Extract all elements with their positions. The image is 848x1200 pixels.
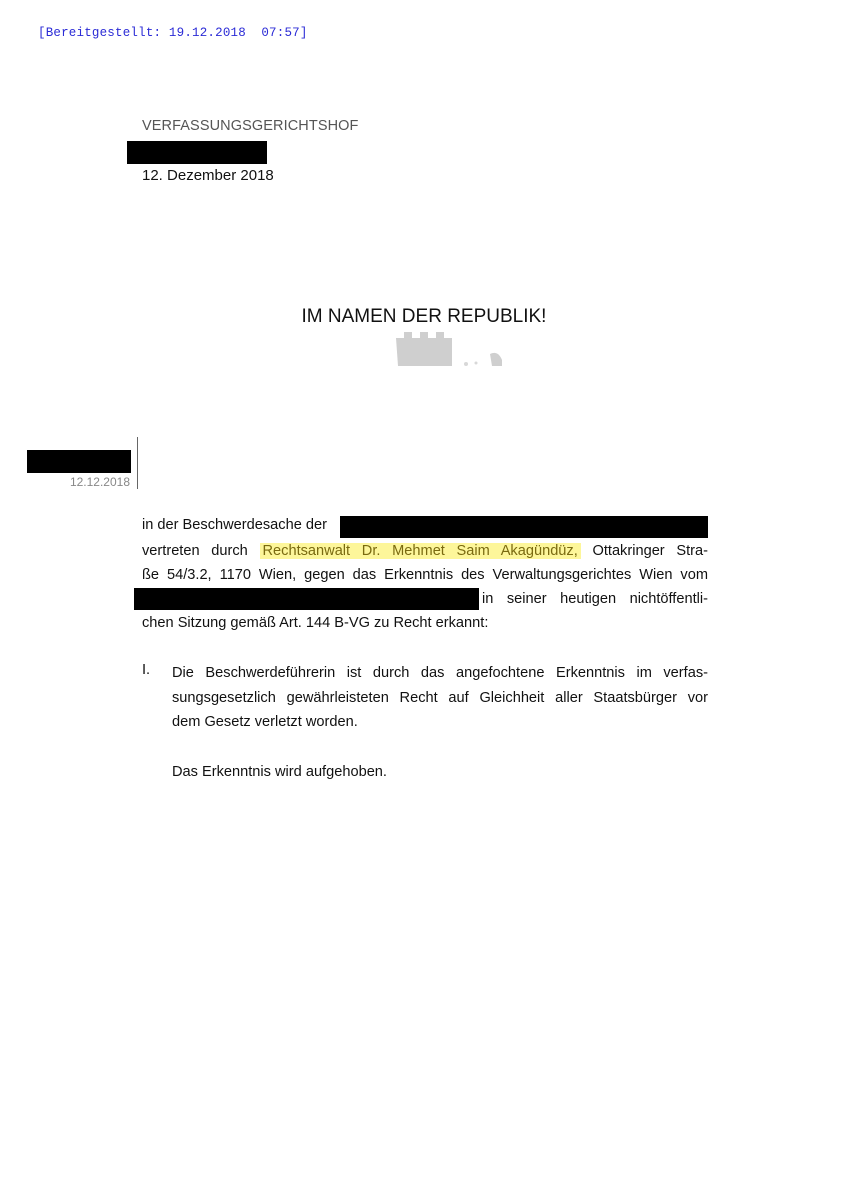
intro-line-3: ße 54/3.2, 1170 Wien, gegen das Erkenntn… xyxy=(142,563,708,587)
page-title: IM NAMEN DER REPUBLIK! xyxy=(0,306,848,328)
redaction-decision-reference xyxy=(134,588,479,610)
ruling-line: Die Beschwerdeführerin ist durch das ang… xyxy=(172,661,708,686)
ruling-line: dem Gesetz verletzt worden. xyxy=(172,710,708,735)
ruling-line: sungsgesetzlich gewährleisteten Recht au… xyxy=(172,686,708,711)
margin-date: 12.12.2018 xyxy=(30,475,130,489)
intro-line-4: in seiner heutigen nichtöffentli- xyxy=(482,587,708,611)
ruling-conclusion: Das Erkenntnis wird aufgehoben. xyxy=(172,760,708,785)
redaction-case-number xyxy=(127,141,267,164)
intro-text: vertreten durch xyxy=(142,543,248,559)
margin-divider xyxy=(137,437,138,489)
intro-text: Ottakringer Stra- xyxy=(592,543,708,559)
ruling-number: I. xyxy=(142,662,150,678)
redaction-party-name xyxy=(340,516,708,538)
ruling-text: Die Beschwerdeführerin ist durch das ang… xyxy=(172,661,708,735)
decision-date: 12. Dezember 2018 xyxy=(142,167,274,184)
highlighted-lawyer-name: Rechtsanwalt Dr. Mehmet Saim Akagündüz, xyxy=(260,543,581,559)
intro-line-1: in der Beschwerdesache der xyxy=(142,513,327,537)
court-name: VERFASSUNGSGERICHTSHOF xyxy=(142,118,359,134)
emblem-watermark-icon xyxy=(396,332,506,366)
intro-text: in der Beschwerdesache der xyxy=(142,517,327,533)
intro-line-5: chen Sitzung gemäß Art. 144 B-VG zu Rech… xyxy=(142,611,488,635)
intro-line-2: vertreten durch Rechtsanwalt Dr. Mehmet … xyxy=(142,539,708,563)
redaction-margin xyxy=(27,450,131,473)
provision-stamp: [Bereitgestellt: 19.12.2018 07:57] xyxy=(38,26,308,40)
intro-paragraph: in der Beschwerdesache der vertreten dur… xyxy=(142,513,708,633)
